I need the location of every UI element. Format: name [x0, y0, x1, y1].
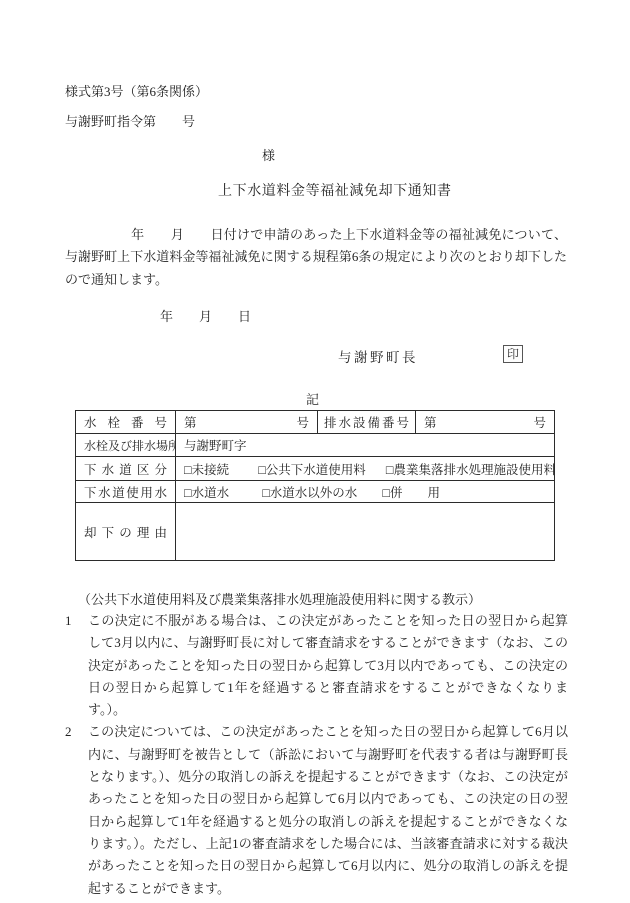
- issuer-name: 与謝野町長: [338, 346, 418, 366]
- date-line: 年 月 日: [160, 306, 251, 325]
- sewer-category-label: 下水道区分: [76, 457, 176, 481]
- document-page: 様式第3号（第6条関係） 与謝野町指令第 号 様 上下水道料金等福祉減免却下通知…: [0, 0, 630, 903]
- checkbox-option-non-tap-water: □水道水以外の水: [262, 486, 360, 500]
- addressee-suffix: 様: [262, 145, 275, 164]
- note-item-number: 1: [65, 610, 88, 721]
- note-item-2: 2 この決定については、この決定があったことを知った日の翌日から起算して6月以内…: [65, 721, 568, 899]
- water-type-label: 下水道使用水: [76, 481, 176, 503]
- checkbox-option-agricultural-drainage-fee: □農業集落排水処理施設使用料: [386, 463, 555, 477]
- faucet-number-prefix: 第: [184, 413, 197, 431]
- table-row-rejection-reason: 却下の理由: [76, 503, 555, 561]
- water-type-options: □水道水 □水道水以外の水 □併 用: [176, 481, 555, 503]
- checkbox-icon: □: [262, 486, 270, 500]
- seal-stamp-icon: 印: [503, 345, 523, 363]
- form-table: 水栓番号 第 号 排水設備番号 第 号 水栓及び排水場所 与謝野町字 下水道区分: [75, 410, 555, 561]
- location-label: 水栓及び排水場所: [76, 434, 176, 457]
- note-item-1: 1 この決定に不服がある場合は、この決定があったことを知った日の翌日から起算して…: [65, 610, 568, 721]
- checkbox-icon: □: [258, 463, 266, 477]
- notes-list: 1 この決定に不服がある場合は、この決定があったことを知った日の翌日から起算して…: [65, 610, 568, 900]
- note-item-text: この決定に不服がある場合は、この決定があったことを知った日の翌日から起算して3月…: [88, 610, 568, 721]
- checkbox-option-combined-use: □併 用: [382, 486, 440, 500]
- table-row-sewer-category: 下水道区分 □未接続 □公共下水道使用料 □農業集落排水処理施設使用料: [76, 457, 555, 481]
- checkbox-label: 水道水以外の水: [270, 486, 358, 500]
- form-number: 様式第3号（第6条関係）: [65, 81, 208, 100]
- checkbox-label: 公共下水道使用料: [266, 463, 366, 477]
- checkbox-label: 未接続: [192, 463, 230, 477]
- drainage-number-suffix: 号: [533, 413, 546, 431]
- rejection-reason-label: 却下の理由: [76, 503, 176, 561]
- sewer-category-options: □未接続 □公共下水道使用料 □農業集落排水処理施設使用料: [176, 457, 555, 481]
- note-item-number: 2: [65, 721, 88, 899]
- directive-number: 与謝野町指令第 号: [65, 111, 195, 130]
- checkbox-option-unconnected: □未接続: [184, 463, 232, 477]
- drainage-number-prefix: 第: [424, 413, 437, 431]
- body-paragraph: 年 月 日付けで申請のあった上下水道料金等の福祉減免について、与謝野町上下水道料…: [65, 224, 567, 291]
- faucet-number-suffix: 号: [296, 413, 309, 431]
- checkbox-label: 農業集落排水処理施設使用料: [393, 463, 554, 477]
- note-item-text: この決定については、この決定があったことを知った日の翌日から起算して6月以内に、…: [88, 721, 568, 899]
- checkbox-label: 水道水: [192, 486, 230, 500]
- document-title: 上下水道料金等福祉減免却下通知書: [218, 180, 452, 200]
- table-row-water-type: 下水道使用水 □水道水 □水道水以外の水 □併 用: [76, 481, 555, 503]
- checkbox-icon: □: [184, 486, 192, 500]
- rejection-reason-value: [176, 503, 555, 561]
- checkbox-option-public-sewer-fee: □公共下水道使用料: [258, 463, 369, 477]
- location-value: 与謝野町字: [176, 434, 555, 457]
- checkbox-icon: □: [184, 463, 192, 477]
- record-marker: 記: [306, 389, 319, 408]
- checkbox-option-tap-water: □水道水: [184, 486, 232, 500]
- table-row-location: 水栓及び排水場所 与謝野町字: [76, 434, 555, 457]
- notes-heading: （公共下水道使用料及び農業集落排水処理施設使用料に関する教示）: [78, 589, 481, 608]
- drainage-number-label: 排水設備番号: [318, 411, 416, 434]
- faucet-number-label: 水栓番号: [76, 411, 176, 434]
- faucet-number-cell: 第 号: [176, 411, 318, 434]
- table-row-faucet-number: 水栓番号 第 号 排水設備番号 第 号: [76, 411, 555, 434]
- checkbox-icon: □: [382, 486, 390, 500]
- checkbox-label: 併 用: [390, 486, 440, 500]
- drainage-number-cell: 第 号: [416, 411, 555, 434]
